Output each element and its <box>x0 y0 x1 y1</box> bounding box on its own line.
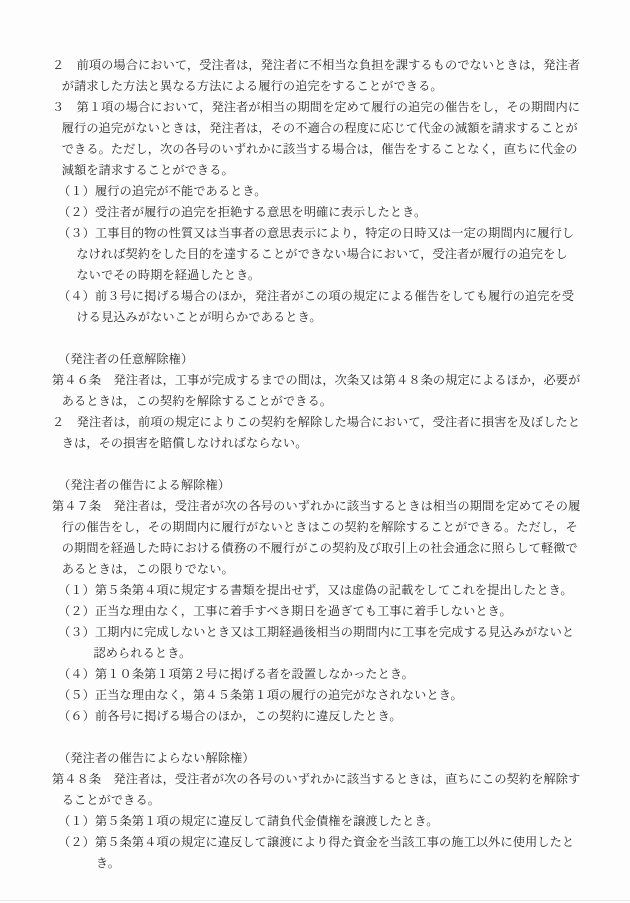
text-line: ２ 発注者は，前項の規定によりこの契約を解除した場合において，受注者に損害を及ぼ… <box>52 412 580 433</box>
text-line: （２）第５条第４項の規定に違反して譲渡により得た資金を当該工事の施工以外に使用し… <box>52 832 580 853</box>
text-line: （１）履行の追完が不能であるとき。 <box>52 181 580 202</box>
blank-line <box>52 454 580 475</box>
text-line: 行の催告をし，その期間内に履行がないときはこの契約を解除することができる。ただし… <box>52 517 580 538</box>
text-line: （２）正当な理由なく，工事に着手すべき期日を過ぎても工事に着手しないとき。 <box>52 601 580 622</box>
text-line: （発注者の催告による解除権） <box>52 475 580 496</box>
text-line: （６）前各号に掲げる場合のほか，この契約に違反したとき。 <box>52 706 580 727</box>
text-line: （１）第５条第１項の規定に違反して請負代金債権を譲渡したとき。 <box>52 811 580 832</box>
text-line: き。 <box>52 853 580 874</box>
text-line: あるときは，この契約を解除することができる。 <box>52 391 580 412</box>
text-line: ないでその時期を経過したとき。 <box>52 265 580 286</box>
document-page: ２ 前項の場合において，受注者は，発注者に不相当な負担を課するものでないときは，… <box>0 0 630 903</box>
text-line: あるときは，この限りでない。 <box>52 559 580 580</box>
page-edge-divider <box>0 900 630 901</box>
text-line: 第４８条 発注者は，受注者が次の各号のいずれかに該当するときは，直ちにこの契約を… <box>52 769 580 790</box>
text-line: できる。ただし，次の各号のいずれかに該当する場合は，催告をすることなく，直ちに代… <box>52 139 580 160</box>
text-line: きは，その損害を賠償しなければならない。 <box>52 433 580 454</box>
blank-line <box>52 727 580 748</box>
text-line: が請求した方法と異なる方法による履行の追完をすることができる。 <box>52 76 580 97</box>
text-line: ３ 第１項の場合において，発注者が相当の期間を定めて履行の追完の催告をし，その期… <box>52 97 580 118</box>
text-line: （３）工期内に完成しないとき又は工期経過後相当の期間内に工事を完成する見込みがな… <box>52 622 580 643</box>
text-line: 履行の追完がないときは，発注者は，その不適合の程度に応じて代金の減額を請求するこ… <box>52 118 580 139</box>
text-line: （４）前３号に掲げる場合のほか，発注者がこの項の規定による催告をしても履行の追完… <box>52 286 580 307</box>
text-line: なければ契約をした目的を達することができない場合において，受注者が履行の追完をし <box>52 244 580 265</box>
text-line: （１）第５条第４項に規定する書類を提出せず，又は虚偽の記載をしてこれを提出したと… <box>52 580 580 601</box>
text-line: ける見込みがないことが明らかであるとき。 <box>52 307 580 328</box>
document-body: ２ 前項の場合において，受注者は，発注者に不相当な負担を課するものでないときは，… <box>52 55 580 874</box>
text-line: （４）第１０条第１項第２号に掲げる者を設置しなかったとき。 <box>52 664 580 685</box>
text-line: （５）正当な理由なく，第４５条第１項の履行の追完がなされないとき。 <box>52 685 580 706</box>
text-line: （３）工事目的物の性質又は当事者の意思表示により，特定の日時又は一定の期間内に履… <box>52 223 580 244</box>
text-line: ２ 前項の場合において，受注者は，発注者に不相当な負担を課するものでないときは，… <box>52 55 580 76</box>
text-line: 認められるとき。 <box>52 643 580 664</box>
text-line: 第４７条 発注者は，受注者が次の各号のいずれかに該当するときは相当の期間を定めて… <box>52 496 580 517</box>
text-line: 第４６条 発注者は，工事が完成するまでの間は，次条又は第４８条の規定によるほか，… <box>52 370 580 391</box>
text-line: （発注者の任意解除権） <box>52 349 580 370</box>
text-line: の期間を経過した時における債務の不履行がこの契約及び取引上の社会通念に照らして軽… <box>52 538 580 559</box>
text-line: ることができる。 <box>52 790 580 811</box>
text-line: （発注者の催告によらない解除権） <box>52 748 580 769</box>
document-viewport: { "page": { "background_color": "#fdfdfd… <box>0 0 630 903</box>
blank-line <box>52 328 580 349</box>
text-line: （２）受注者が履行の追完を拒絶する意思を明確に表示したとき。 <box>52 202 580 223</box>
text-line: 減額を請求することができる。 <box>52 160 580 181</box>
